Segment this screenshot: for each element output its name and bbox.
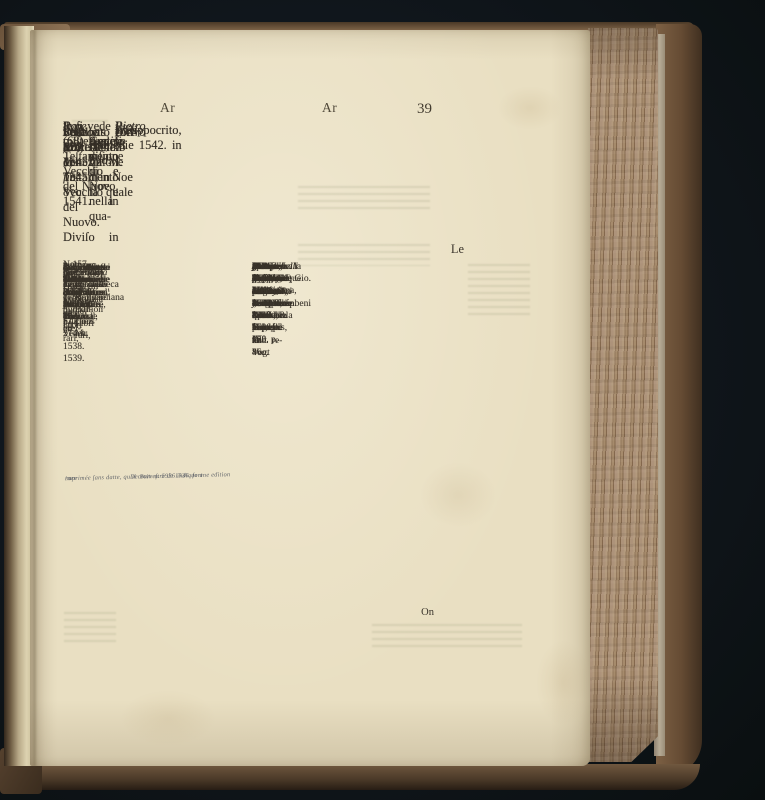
scanned-book-photo: Ar Ar 39 Il Geneſi di Pietro Aretino, co… (0, 0, 765, 800)
page-number: 39 (417, 101, 432, 118)
running-header-center: Ar (322, 100, 337, 116)
running-header-left: Ar (160, 100, 175, 116)
book-bottom-edge (0, 764, 700, 790)
handwritten-line: rare (65, 474, 105, 484)
catchword-after-main: Le (380, 242, 464, 257)
gutter-crease (33, 30, 36, 766)
fore-edge-texture (588, 28, 658, 762)
catchword-bottom: On (252, 607, 440, 618)
page-block-fore-edge (588, 28, 658, 762)
